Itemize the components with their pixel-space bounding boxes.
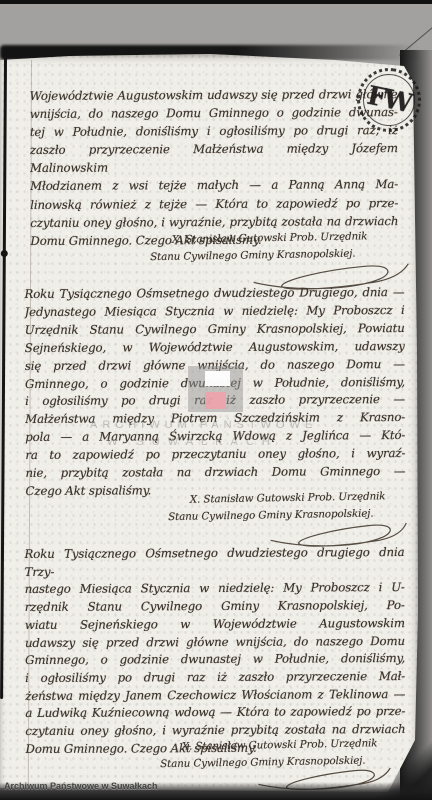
- scanned-register-photo: Województwie Augustowskim udawszy się pr…: [0, 0, 432, 800]
- handwritten-line: Gminnego, o godzinie dwunastej w Południ…: [25, 650, 405, 670]
- handwritten-line: Urzędnik Stanu Cywilnego Gminy Krasnopol…: [25, 320, 405, 340]
- record-3-signature: X. Stanisław Gutowski Prob. UrzędnikStan…: [160, 735, 406, 772]
- archive-watermark-text-line1: ARCHIWUM PAŃSTWOWE: [90, 419, 317, 431]
- stamp-letters: FW: [365, 81, 414, 119]
- handwritten-line: Roku Tysiącznego Ośmsetnego dwudziestego…: [24, 544, 404, 581]
- watermark-logo-white-block: [205, 371, 230, 386]
- handwritten-line: żeństwa między Janem Czechowicz Włościan…: [25, 686, 405, 706]
- handwritten-line: nie, przybitą została na drzwiach Domu G…: [25, 463, 405, 483]
- handwritten-line: zaszło przyrzeczenie Małżeństwa między J…: [30, 139, 398, 177]
- handwritten-line: wiatu Sejneńskiego w Województwie August…: [25, 615, 405, 635]
- handwritten-line: udawszy się przed drzwi główne wnijścia,…: [25, 633, 405, 653]
- handwritten-line: a Ludwiką Kuźniecowną wdową — Która to z…: [25, 703, 405, 723]
- handwritten-line: ra to zapowiedź po przeczytaniu oney gło…: [25, 445, 405, 465]
- archive-watermark-logo: [188, 366, 243, 412]
- handwritten-line: Jedynastego Miesiąca Stycznia w niedziel…: [25, 302, 405, 322]
- handwritten-line: rzędnik Stanu Cywilnego Gminy Krasnopols…: [25, 597, 405, 617]
- record-2-signature: X. Stanisław Gutowski Prob. UrzędnikStan…: [168, 488, 409, 525]
- handwritten-line: linowską również z tejże — Która to zapo…: [30, 194, 398, 214]
- handwritten-line: Sejneńskiego, w Województwie Augustowski…: [25, 338, 405, 358]
- handwritten-line: nastego Miesiąca Stycznia w niedzielę: M…: [25, 579, 405, 599]
- handwritten-line: Młodzianem z wsi tejże małych — a Panną …: [30, 176, 398, 196]
- archive-watermark-text-line2: W SUWAŁKACH: [107, 436, 278, 448]
- watermark-logo-red-block: [205, 392, 226, 409]
- record-1-signature: X. Stanisław Gutowski Prob. UrzędnikStan…: [150, 228, 401, 265]
- handwritten-line: Roku Tysiącznego Ośmsetnego dwudziestego…: [24, 284, 404, 304]
- handwritten-line: wnijścia, do naszego Domu Gminnego o god…: [30, 103, 398, 123]
- record-entry-3: Roku Tysiącznego Ośmsetnego dwudziestego…: [24, 544, 405, 758]
- handwritten-line: i ogłosiliśmy po drugi raz iż zaszło prz…: [25, 668, 405, 688]
- handwritten-line: tej w Południe, doniśliśmy i ogłosiliśmy…: [30, 121, 398, 141]
- archive-bottom-caption: Archiwum Państwowe w Suwałkach: [4, 781, 158, 791]
- top-black-edge: [0, 0, 432, 4]
- record-entry-1: Województwie Augustowskim udawszy się pr…: [30, 85, 399, 250]
- handwritten-line: Województwie Augustowskim udawszy się pr…: [30, 85, 398, 105]
